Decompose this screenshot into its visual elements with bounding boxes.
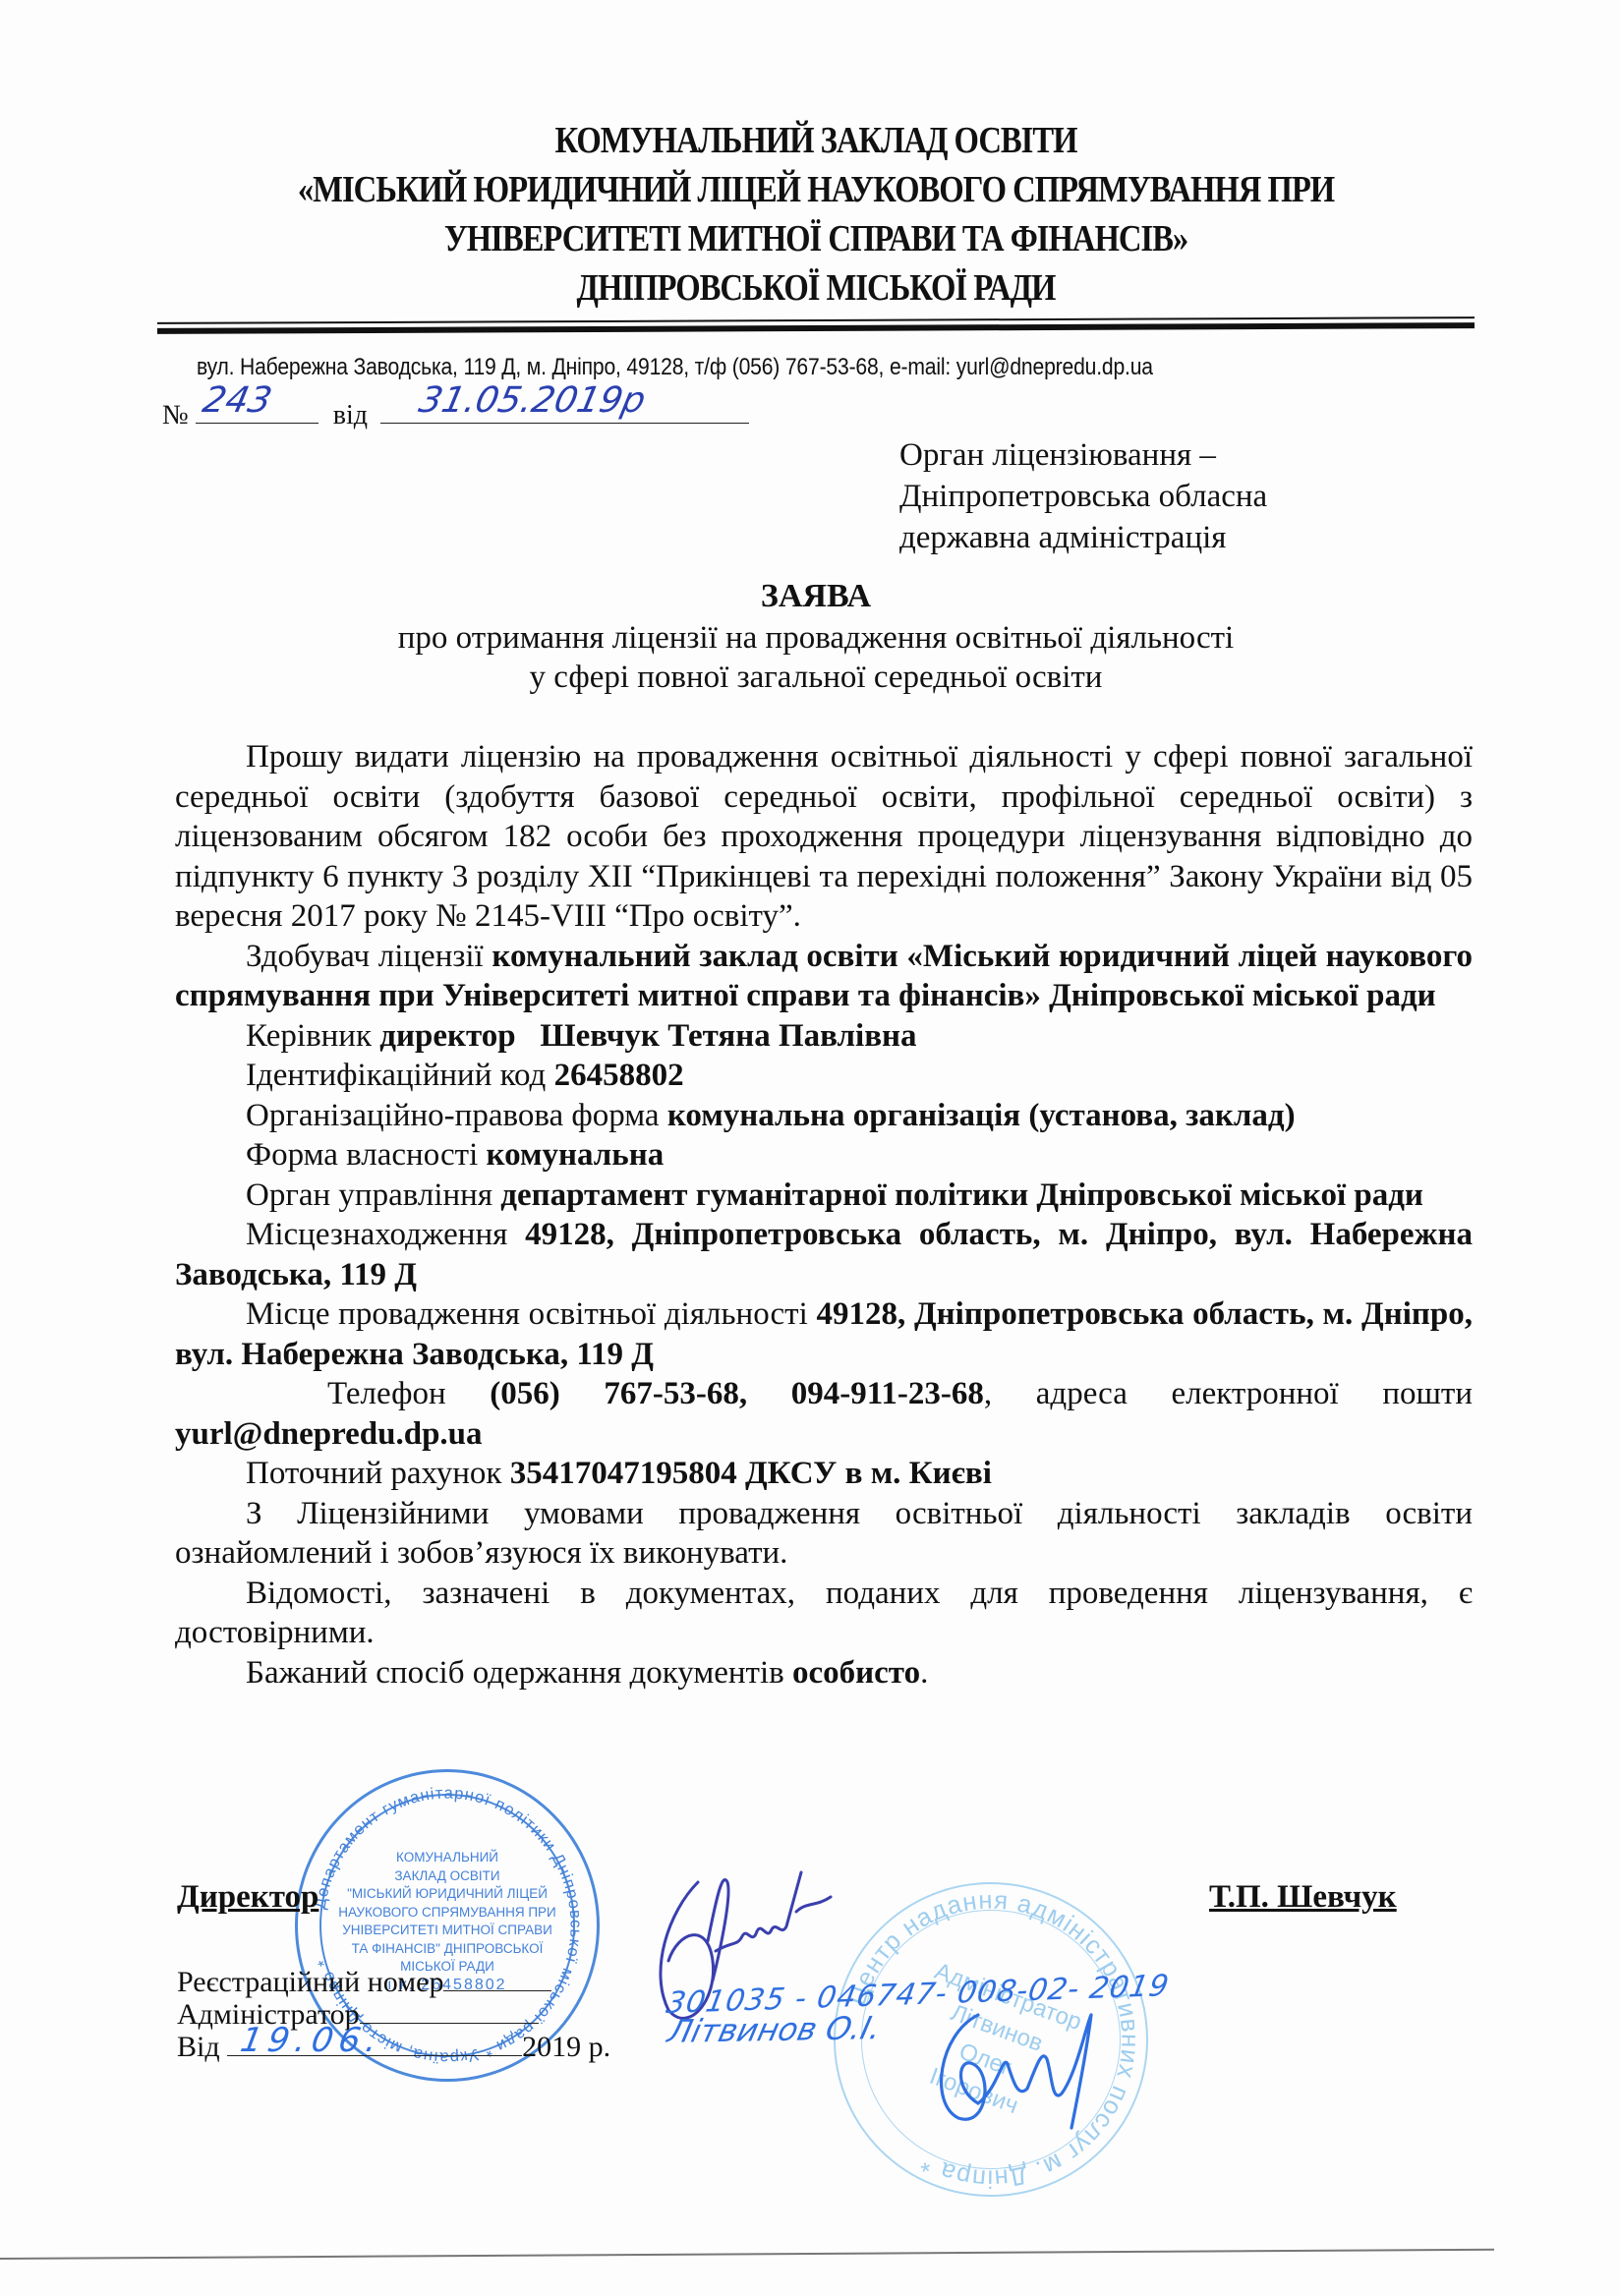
delivery-value: особисто — [792, 1655, 920, 1691]
administrator-row: Адміністратор — [177, 1998, 610, 2031]
date-field: 31.05.2019р — [380, 398, 749, 424]
scanned-document-page: КОМУНАЛЬНИЙ ЗАКЛАД ОСВІТИ «МІСЬКИЙ ЮРИДИ… — [0, 0, 1620, 2296]
recipient-line: Дніпропетровська обласна — [899, 476, 1267, 517]
letterhead-line: «МІСЬКИЙ ЮРИДИЧНИЙ ЛІЦЕЙ НАУКОВОГО СПРЯМ… — [250, 165, 1382, 214]
phone-label: Телефон — [327, 1376, 446, 1411]
document-subtitle: про отримання ліцензії на провадження ос… — [157, 618, 1475, 658]
governing-body-paragraph: Орган управління департамент гуманітарно… — [175, 1176, 1473, 1216]
document-title-block: ЗАЯВА про отримання ліцензії на провадже… — [157, 575, 1475, 697]
conditions-paragraph: З Ліцензійними умовами провадження освіт… — [175, 1494, 1473, 1574]
signatory-name: Т.П. Шевчук — [1209, 1879, 1397, 1916]
date-label: Від — [177, 2031, 220, 2063]
id-code-value: 26458802 — [554, 1058, 684, 1093]
letterhead-line: КОМУНАЛЬНИЙ ЗАКЛАД ОСВІТИ — [250, 116, 1382, 165]
legal-form-value: комунальна організація (установа, заклад… — [667, 1098, 1296, 1133]
date-suffix: 2019 р. — [522, 2031, 610, 2063]
divider-thick-line — [157, 322, 1475, 334]
stamp-line: НАУКОВОГО СПРЯМУВАННЯ ПРИ — [337, 1904, 557, 1923]
location-paragraph: Місцезнаходження 49128, Дніпропетровська… — [175, 1215, 1473, 1294]
id-code-label: Ідентифікаційний код — [246, 1058, 546, 1093]
document-body: Прошу видати ліцензію на провадження осв… — [175, 737, 1473, 1693]
account-value: 35417047195804 ДКСУ в м. Києві — [510, 1456, 992, 1491]
number-label: № — [162, 400, 189, 430]
contact-paragraph: Телефон (056) 767-53-68, 094-911-23-68, … — [175, 1374, 1473, 1454]
delivery-end: . — [920, 1655, 928, 1691]
reg-number-label: Реєстраційний номер — [177, 1966, 443, 1998]
email-value: yurl@dnepredu.dp.ua — [175, 1416, 483, 1452]
handwritten-number: 243 — [199, 380, 274, 421]
ownership-paragraph: Форма власності комунальна — [175, 1135, 1473, 1176]
ownership-value: комунальна — [487, 1137, 665, 1173]
head-label: Керівник — [246, 1018, 372, 1054]
letterhead-divider — [157, 319, 1475, 335]
delivery-paragraph: Бажаний спосіб одержання документів особ… — [175, 1653, 1473, 1693]
reg-number-field — [443, 1968, 551, 1991]
location-label: Місцезнаходження — [246, 1217, 507, 1252]
governing-body-value: департамент гуманітарної політики Дніпро… — [500, 1177, 1423, 1213]
letterhead-line: УНІВЕРСИТЕТІ МИТНОЇ СПРАВИ ТА ФІНАНСІВ» — [250, 214, 1382, 263]
legal-form-label: Організаційно-правова форма — [246, 1098, 660, 1133]
document-subtitle: у сфері повної загальної середньої освіт… — [157, 658, 1475, 697]
letterhead: КОМУНАЛЬНИЙ ЗАКЛАД ОСВІТИ «МІСЬКИЙ ЮРИДИ… — [157, 116, 1475, 313]
administrator-field — [360, 2000, 539, 2024]
head-paragraph: Керівник директор Шевчук Тетяна Павлівна — [175, 1016, 1473, 1057]
reliability-paragraph: Відомості, зазначені в документах, подан… — [175, 1574, 1473, 1653]
outgoing-number-line: № 243 від 31.05.2019р — [162, 398, 749, 431]
activity-place-label: Місце провадження освітньої діяльності — [246, 1296, 808, 1332]
governing-body-label: Орган управління — [246, 1177, 492, 1213]
stamp-line: ТА ФІНАНСІВ" ДНІПРОВСЬКОЇ — [337, 1940, 557, 1959]
letterhead-line: ДНІПРОВСЬКОЇ МІСЬКОЇ РАДИ — [250, 263, 1382, 313]
stamp-line: КОМУНАЛЬНИЙ — [337, 1849, 557, 1867]
registration-block: Реєстраційний номер Адміністратор Від 19… — [177, 1966, 610, 2063]
administrator-signature — [919, 1995, 1126, 2143]
legal-form-paragraph: Організаційно-правова форма комунальна о… — [175, 1096, 1473, 1136]
number-field: 243 — [196, 398, 318, 424]
applicant-paragraph: Здобувач ліцензії комунальний заклад осв… — [175, 937, 1473, 1016]
handwritten-reg-date: 19.06. — [238, 2025, 385, 2057]
date-field: 19.06. — [227, 2033, 522, 2056]
recipient-line: державна адміністрація — [899, 517, 1267, 558]
request-paragraph: Прошу видати ліцензію на провадження осв… — [175, 737, 1473, 937]
contact-line: вул. Набережна Заводська, 119 Д, м. Дніп… — [197, 354, 1287, 381]
stamp-line: УНІВЕРСИТЕТІ МИТНОЇ СПРАВИ — [337, 1922, 557, 1940]
date-row: Від 19.06. 2019 р. — [177, 2031, 610, 2063]
email-label: , адреса електронної пошти — [984, 1376, 1473, 1411]
date-label: від — [333, 400, 368, 430]
scan-edge-line — [0, 2249, 1494, 2260]
document-title: ЗАЯВА — [157, 575, 1475, 618]
reg-number-row: Реєстраційний номер — [177, 1966, 610, 1998]
head-value: директор Шевчук Тетяна Павлівна — [379, 1018, 916, 1054]
recipient-block: Орган ліцензіювання – Дніпропетровська о… — [899, 434, 1267, 558]
stamp-line: ЗАКЛАД ОСВІТИ — [337, 1867, 557, 1886]
recipient-line: Орган ліцензіювання – — [899, 434, 1267, 476]
account-label: Поточний рахунок — [246, 1456, 501, 1491]
applicant-label: Здобувач ліцензії — [246, 939, 484, 974]
phone-value: (056) 767-53-68, 094-911-23-68 — [490, 1376, 984, 1411]
id-code-paragraph: Ідентифікаційний код 26458802 — [175, 1056, 1473, 1096]
handwritten-administrator: Літвинов О.І. — [665, 2009, 886, 2050]
signatory-position: Директор — [177, 1879, 318, 1916]
stamp-line: "МІСЬКИЙ ЮРИДИЧНИЙ ЛІЦЕЙ — [337, 1885, 557, 1904]
handwritten-date: 31.05.2019р — [416, 380, 650, 421]
ownership-label: Форма власності — [246, 1137, 478, 1173]
activity-place-paragraph: Місце провадження освітньої діяльності 4… — [175, 1294, 1473, 1374]
delivery-label: Бажаний спосіб одержання документів — [246, 1655, 784, 1691]
account-paragraph: Поточний рахунок 35417047195804 ДКСУ в м… — [175, 1454, 1473, 1494]
